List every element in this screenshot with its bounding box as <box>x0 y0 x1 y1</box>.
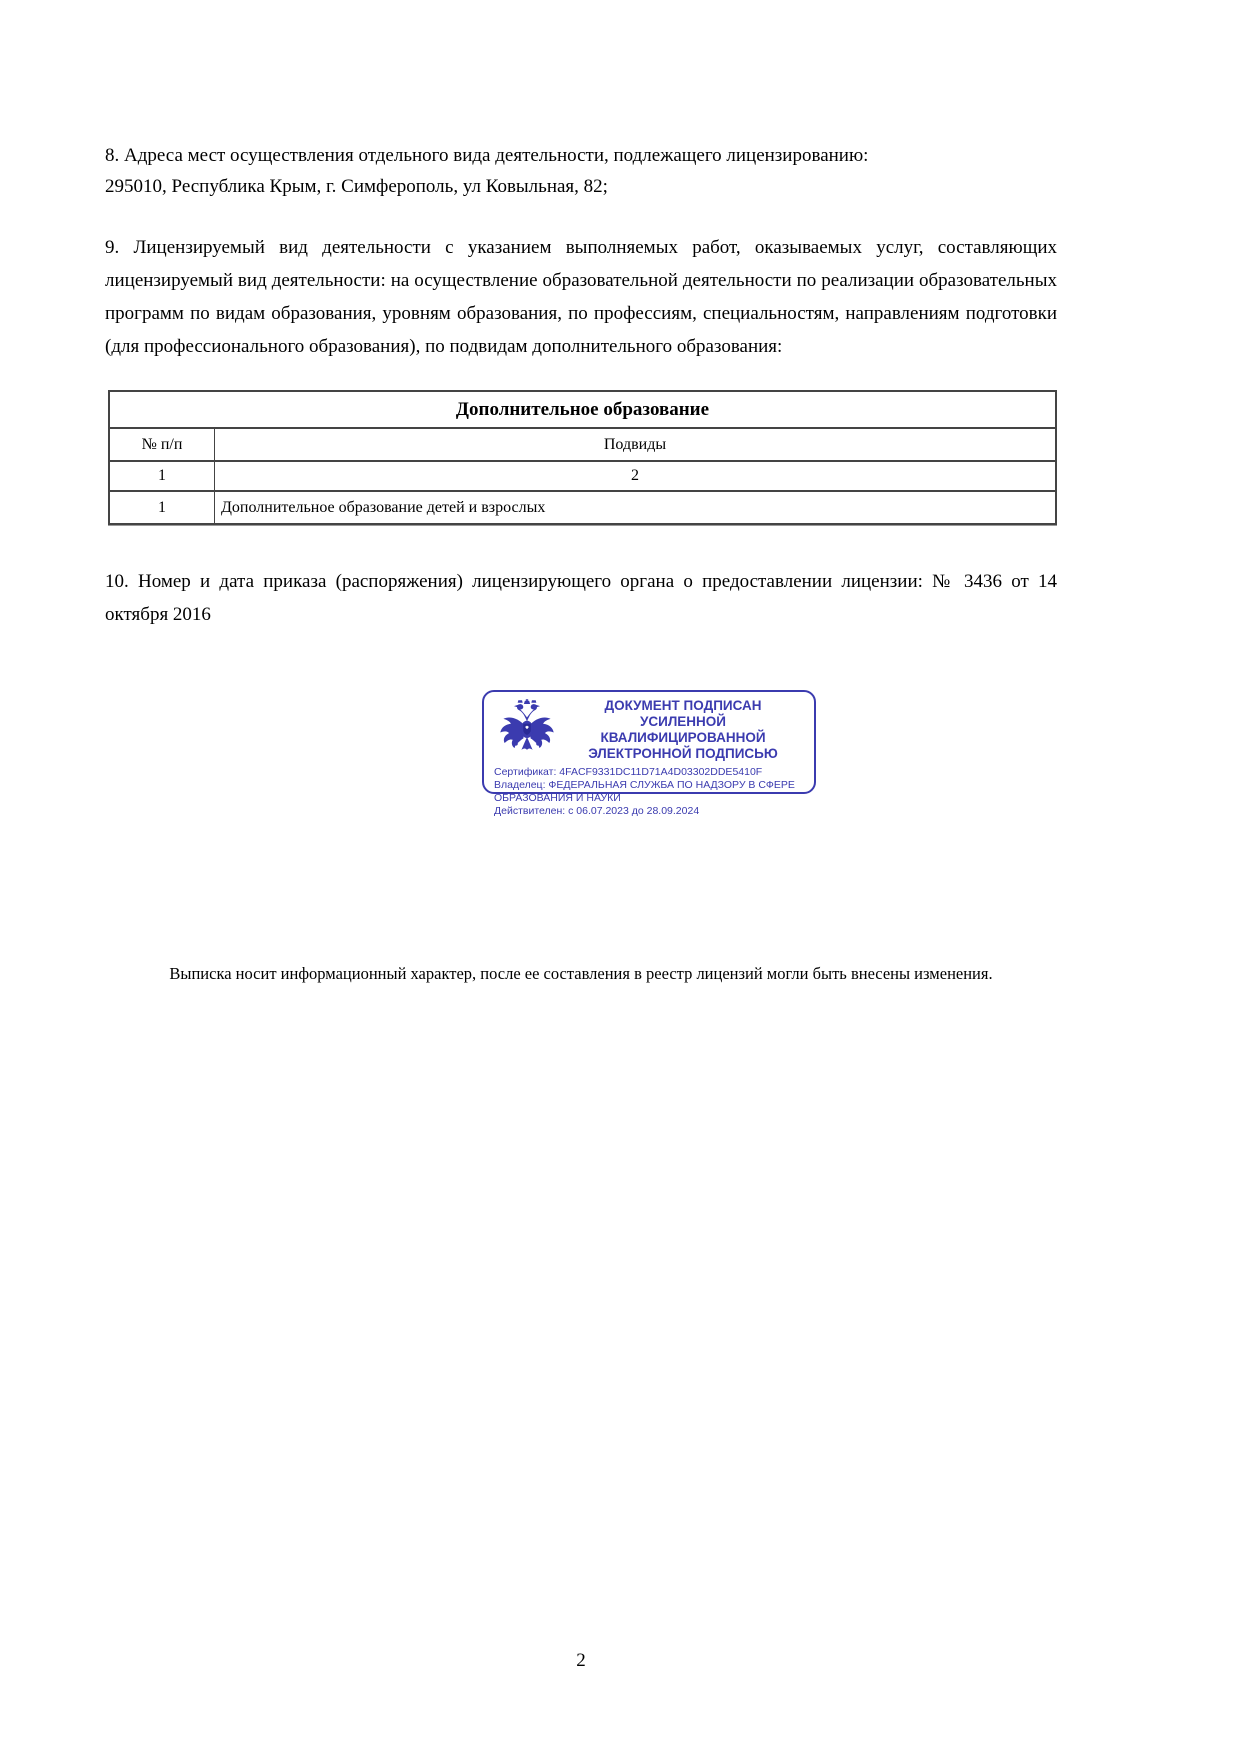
stamp-top-row: ДОКУМЕНТ ПОДПИСАН УСИЛЕННОЙ КВАЛИФИЦИРОВ… <box>494 698 804 762</box>
paragraph-9: 9. Лицензируемый вид деятельности с указ… <box>105 231 1057 363</box>
table-title: Дополнительное образование <box>109 391 1056 428</box>
paragraph-8-line-1: 8. Адреса мест осуществления отдельного … <box>105 140 1057 171</box>
digital-signature-stamp: ДОКУМЕНТ ПОДПИСАН УСИЛЕННОЙ КВАЛИФИЦИРОВ… <box>482 690 816 794</box>
table-column-number-row: 1 2 <box>109 461 1056 491</box>
table-title-row: Дополнительное образование <box>109 391 1056 428</box>
row-number-cell: 1 <box>109 491 215 524</box>
row-subtype-cell: Дополнительное образование детей и взрос… <box>215 491 1057 524</box>
column-number-2: 2 <box>215 461 1057 491</box>
stamp-info-block: Сертификат: 4FACF9331DC11D71A4D03302DDE5… <box>494 766 804 818</box>
double-headed-eagle-icon <box>496 699 558 761</box>
stamp-title-block: ДОКУМЕНТ ПОДПИСАН УСИЛЕННОЙ КВАЛИФИЦИРОВ… <box>558 698 804 762</box>
page-number: 2 <box>105 1650 1057 1672</box>
stamp-validity: Действителен: с 06.07.2023 до 28.09.2024 <box>494 805 804 818</box>
column-header-num: № п/п <box>109 428 215 461</box>
stamp-certificate: Сертификат: 4FACF9331DC11D71A4D03302DDE5… <box>494 766 804 779</box>
stamp-title-line-3: ЭЛЕКТРОННОЙ ПОДПИСЬЮ <box>562 746 804 762</box>
stamp-owner: Владелец: ФЕДЕРАЛЬНАЯ СЛУЖБА ПО НАДЗОРУ … <box>494 779 804 805</box>
paragraph-8: 8. Адреса мест осуществления отдельного … <box>105 140 1057 202</box>
table-row: 1 Дополнительное образование детей и взр… <box>109 491 1056 524</box>
stamp-title-line-1: ДОКУМЕНТ ПОДПИСАН <box>562 698 804 714</box>
column-header-subtypes: Подвиды <box>215 428 1057 461</box>
footer-note: Выписка носит информационный характер, п… <box>105 964 1057 984</box>
paragraph-8-line-2: 295010, Республика Крым, г. Симферополь,… <box>105 171 1057 202</box>
stamp-title-line-2: УСИЛЕННОЙ КВАЛИФИЦИРОВАННОЙ <box>562 714 804 746</box>
table-header-row: № п/п Подвиды <box>109 428 1056 461</box>
subtypes-table: Дополнительное образование № п/п Подвиды… <box>108 390 1057 525</box>
column-number-1: 1 <box>109 461 215 491</box>
paragraph-10: 10. Номер и дата приказа (распоряжения) … <box>105 565 1057 631</box>
document-page: 8. Адреса мест осуществления отдельного … <box>0 0 1241 1754</box>
